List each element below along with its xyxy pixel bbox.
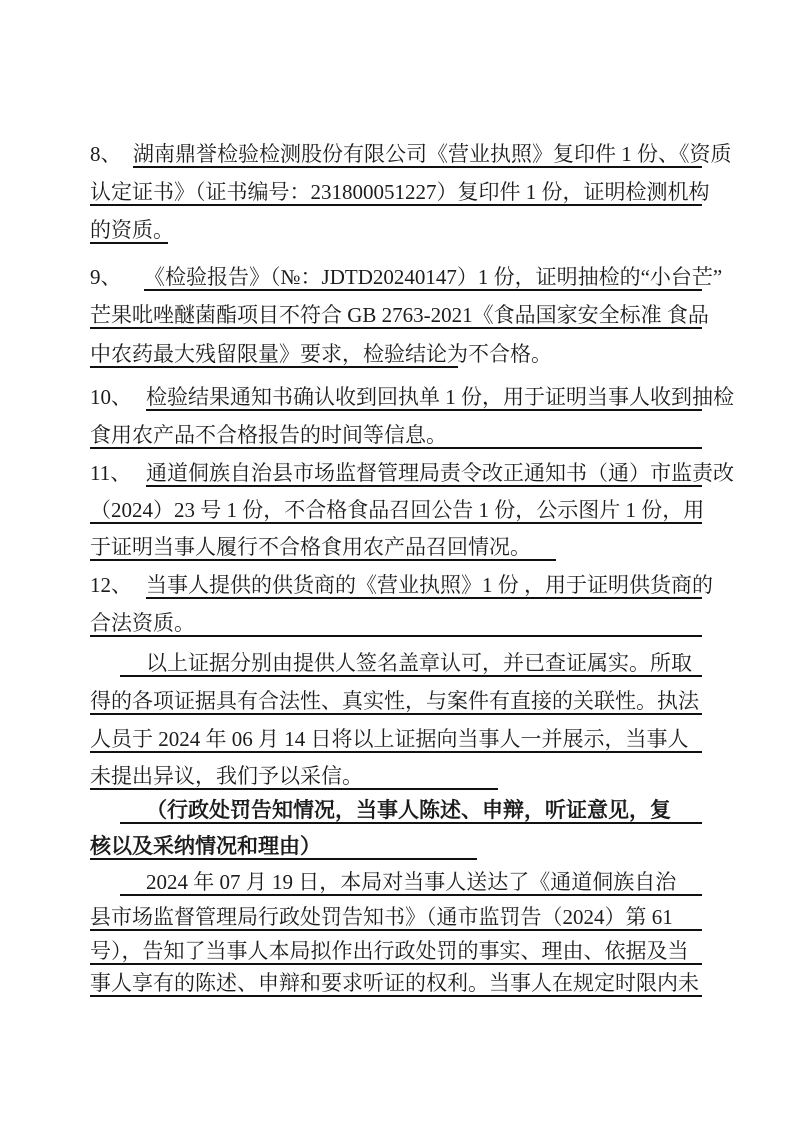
line-text: 检验结果通知书确认收到回执单 1 份，用于证明当事人收到抽检 [146,385,734,409]
line-text: 认定证书》（证书编号：231800051227）复印件 1 份，证明检测机构 [90,180,710,204]
list-number: 9、 [90,263,144,291]
line-text: 通道侗族自治县市场监督管理局责令改正通知书（通）市监责改 [146,461,734,485]
line-text: 得的各项证据具有合法性、真实性，与案件有直接的关联性。执法 [90,689,699,713]
document-line: 号），告知了当事人本局拟作出行政处罚的事实、理由、依据及当 [90,937,702,965]
line-text: 未提出异议，我们予以采信。 [90,764,363,788]
list-number: 8、 [90,140,133,168]
document-line: 得的各项证据具有合法性、真实性，与案件有直接的关联性。执法 [90,687,702,715]
document-page: 8、湖南鼎誉检验检测股份有限公司《营业执照》复印件 1 份、《资质 认定证书》（… [0,0,793,1122]
line-text: 合法资质。 [90,611,195,635]
line-text: 以上证据分别由提供人签名盖章认可，并已查证属实。所取 [146,651,692,675]
document-line: 于证明当事人履行不合格食用农产品召回情况。 [90,533,702,561]
list-number: 12、 [90,571,146,599]
document-line: 人员于 2024 年 06 月 14 日将以上证据向当事人一并展示，当事人 [90,725,702,753]
document-line: （2024）23 号 1 份，不合格食品召回公告 1 份，公示图片 1 份，用 [90,496,702,524]
document-line: 合法资质。 [90,609,702,637]
line-text: 当事人提供的供货商的《营业执照》1 份 ，用于证明供货商的 [146,573,713,597]
section-heading-line: 核以及采纳情况和理由） [90,832,702,860]
document-line: 以上证据分别由提供人签名盖章认可，并已查证属实。所取 [90,649,702,677]
line-text: 事人享有的陈述、申辩和要求听证的权利。当事人在规定时限内未 [90,971,699,995]
list-number: 11、 [90,459,146,487]
document-line: 8、湖南鼎誉检验检测股份有限公司《营业执照》复印件 1 份、《资质 [90,140,702,168]
document-line: 10、检验结果通知书确认收到回执单 1 份，用于证明当事人收到抽检 [90,383,702,411]
line-text: 人员于 2024 年 06 月 14 日将以上证据向当事人一并展示，当事人 [90,727,689,751]
document-line: 的资质。 [90,216,702,244]
line-text: 中农药最大残留限量》要求，检验结论为不合格。 [90,342,552,366]
document-line: 认定证书》（证书编号：231800051227）复印件 1 份，证明检测机构 [90,178,702,206]
line-text: 的资质。 [90,218,174,242]
line-text: 号），告知了当事人本局拟作出行政处罚的事实、理由、依据及当 [90,939,689,963]
line-text: （2024）23 号 1 份，不合格食品召回公告 1 份，公示图片 1 份，用 [90,498,704,522]
line-text: 芒果吡唑醚菌酯项目不符合 GB 2763-2021《食品国家安全标准 食品 [90,303,709,327]
document-line: 11、通道侗族自治县市场监督管理局责令改正通知书（通）市监责改 [90,459,702,487]
section-heading-line: （行政处罚告知情况，当事人陈述、申辩，听证意见，复 [90,796,702,824]
document-line: 未提出异议，我们予以采信。 [90,762,702,790]
list-number: 10、 [90,383,146,411]
line-text: 于证明当事人履行不合格食用农产品召回情况。 [90,535,531,559]
document-line: 12、当事人提供的供货商的《营业执照》1 份 ，用于证明供货商的 [90,571,702,599]
line-text: 湖南鼎誉检验检测股份有限公司《营业执照》复印件 1 份、《资质 [133,142,732,166]
document-line: 中农药最大残留限量》要求，检验结论为不合格。 [90,340,702,368]
line-text: （行政处罚告知情况，当事人陈述、申辩，听证意见，复 [146,798,671,822]
document-line: 事人享有的陈述、申辩和要求听证的权利。当事人在规定时限内未 [90,969,702,997]
line-text: 县市场监督管理局行政处罚告知书》（通市监罚告（2024）第 61 [90,905,673,929]
document-line: 县市场监督管理局行政处罚告知书》（通市监罚告（2024）第 61 [90,903,702,931]
line-text: 食用农产品不合格报告的时间等信息。 [90,423,447,447]
line-text: 核以及采纳情况和理由） [90,834,321,858]
line-text: 《检验报告》（№：JDTD20240147）1 份，证明抽检的“小台芒” [144,265,722,289]
document-line: 食用农产品不合格报告的时间等信息。 [90,421,702,449]
document-line: 芒果吡唑醚菌酯项目不符合 GB 2763-2021《食品国家安全标准 食品 [90,301,702,329]
document-line: 2024 年 07 月 19 日，本局对当事人送达了《通道侗族自治 [90,868,702,896]
document-line: 9、《检验报告》（№：JDTD20240147）1 份，证明抽检的“小台芒” [90,263,702,291]
line-text: 2024 年 07 月 19 日，本局对当事人送达了《通道侗族自治 [146,870,676,894]
